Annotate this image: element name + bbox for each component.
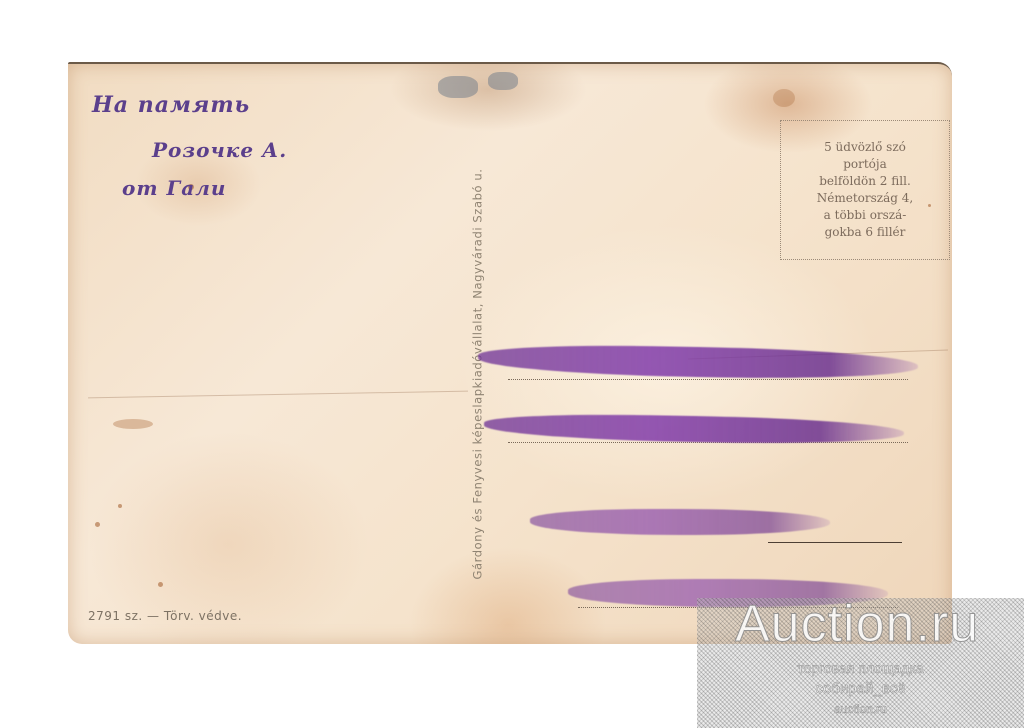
stain — [113, 419, 153, 429]
stamp-text-line: a többi orszá- — [824, 207, 907, 224]
watermark-line-1: торговая площадка — [697, 660, 1024, 676]
crossed-out-address-line-2 — [484, 412, 904, 445]
address-line — [768, 542, 902, 543]
watermark-brand: Auction.ru — [735, 594, 979, 654]
catalog-note: 2791 sz. — Törv. védve. — [88, 609, 242, 623]
stain — [95, 522, 100, 527]
stain — [438, 76, 478, 98]
greeting-line-1: На память — [92, 92, 250, 118]
crease — [88, 391, 468, 399]
stain — [158, 582, 163, 587]
crossed-out-address-line-3 — [530, 509, 830, 535]
stain — [118, 504, 122, 508]
publisher-imprint: Gárdony és Fenyvesi képeslapkiadóvállala… — [468, 114, 488, 634]
postcard-back: На память Розочке А. от Гали 5 üdvözlő s… — [68, 62, 952, 644]
crossed-out-address-line-1 — [478, 343, 918, 381]
stamp-text-line: 5 üdvözlő szó — [824, 139, 906, 156]
stamp-text-line: Németország 4, — [817, 190, 913, 207]
publisher-text: Gárdony és Fenyvesi képeslapkiadóvállala… — [471, 168, 485, 579]
stamp-text-line: portója — [843, 156, 887, 173]
stamp-text-line: belföldön 2 fill. — [819, 173, 911, 190]
stamp-area: 5 üdvözlő szó portója belföldön 2 fill. … — [780, 120, 950, 260]
address-line — [508, 379, 908, 380]
greeting-line-3: от Гали — [122, 176, 226, 200]
stain — [488, 72, 518, 90]
watermark-line-3: auction.ru — [697, 702, 1024, 716]
stamp-text-line: gokba 6 fillér — [825, 224, 906, 241]
stain — [773, 89, 795, 107]
greeting-line-2: Розочке А. — [152, 138, 287, 162]
watermark-line-2: собирай_всё — [697, 680, 1024, 697]
